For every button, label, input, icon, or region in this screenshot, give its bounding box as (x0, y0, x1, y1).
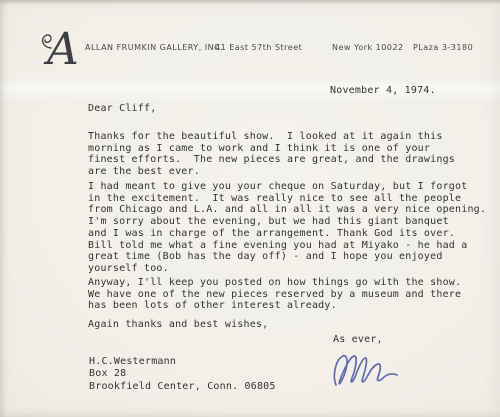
paragraph-3: Anyway, I'll keep you posted on how thin… (88, 277, 461, 312)
recipient-box: Box 28 (89, 368, 126, 380)
gallery-phone: PLaza 3-3180 (413, 43, 473, 52)
paragraph-1: Thanks for the beautiful show. I looked … (88, 131, 455, 178)
letter-document: A ALLAN FRUMKIN GALLERY, INC. 41 East 57… (0, 0, 500, 417)
salutation: Dear Cliff, (88, 103, 156, 115)
valediction: As ever, (333, 334, 383, 346)
letter-date: November 4, 1974. (330, 85, 436, 97)
closing-line: Again thanks and best wishes, (88, 319, 268, 331)
gallery-city: New York 10022 (332, 43, 404, 52)
signature-scrawl (328, 347, 406, 397)
logo-letter: A (43, 24, 79, 70)
gallery-name: ALLAN FRUMKIN GALLERY, INC. (85, 43, 223, 52)
recipient-city: Brookfield Center, Conn. 06805 (89, 381, 276, 393)
recipient-name: H.C.Westermann (89, 356, 176, 368)
paragraph-2: I had meant to give you your cheque on S… (88, 181, 486, 275)
gallery-street: 41 East 57th Street (215, 43, 302, 52)
gallery-logo-icon: A (38, 20, 90, 70)
